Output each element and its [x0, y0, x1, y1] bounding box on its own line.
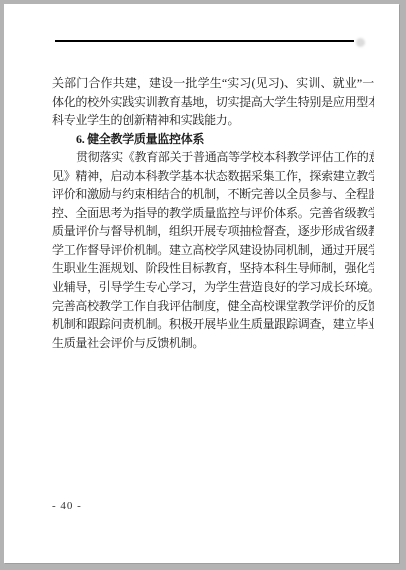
body-text: 关部门合作共建，建设一批学生“实习(见习)、实训、就业”一 体化的校外实践实训教…	[52, 74, 374, 352]
text-line: 关部门合作共建，建设一批学生“实习(见习)、实训、就业”一	[52, 74, 374, 93]
text-line: 生职业生涯规划、阶段性目标教育，坚持本科生导师制，强化学	[52, 259, 374, 278]
text-line: 科专业学生的创新精神和实践能力。	[52, 111, 374, 130]
text-line: 生质量社会评价与反馈机制。	[52, 334, 374, 353]
page-number: - 40 -	[52, 500, 82, 512]
text-line: 见》精神，启动本科教学基本状态数据采集工作，探索建立教学	[52, 167, 374, 186]
text-line: 学工作督导评价机制。建立高校学风建设协同机制，通过开展学	[52, 241, 374, 260]
scan-artifact	[356, 38, 365, 47]
text-line: 贯彻落实《教育部关于普通高等学校本科教学评估工作的意	[52, 148, 374, 167]
document-page: 关部门合作共建，建设一批学生“实习(见习)、实训、就业”一 体化的校外实践实训教…	[4, 4, 399, 563]
text-line: 完善高校教学工作自我评估制度，健全高校课堂教学评价的反馈	[52, 297, 374, 316]
text-line: 控、全面思考为指导的教学质量监控与评价体系。完善省级教学	[52, 204, 374, 223]
text-line: 机制和跟踪问责机制。积极开展毕业生质量跟踪调查，建立毕业	[52, 315, 374, 334]
section-heading: 6. 健全教学质量监控体系	[52, 130, 374, 149]
header-rule	[55, 40, 354, 42]
text-line: 体化的校外实践实训教育基地，切实提高大学生特别是应用型本	[52, 93, 374, 112]
text-line: 业辅导，引导学生专心学习，为学生营造良好的学习成长环境。	[52, 278, 374, 297]
text-line: 质量评价与督导机制，组织开展专项抽检督查，逐步形成省级教	[52, 222, 374, 241]
text-line: 评价和激励与约束相结合的机制，不断完善以全员参与、全程监	[52, 185, 374, 204]
